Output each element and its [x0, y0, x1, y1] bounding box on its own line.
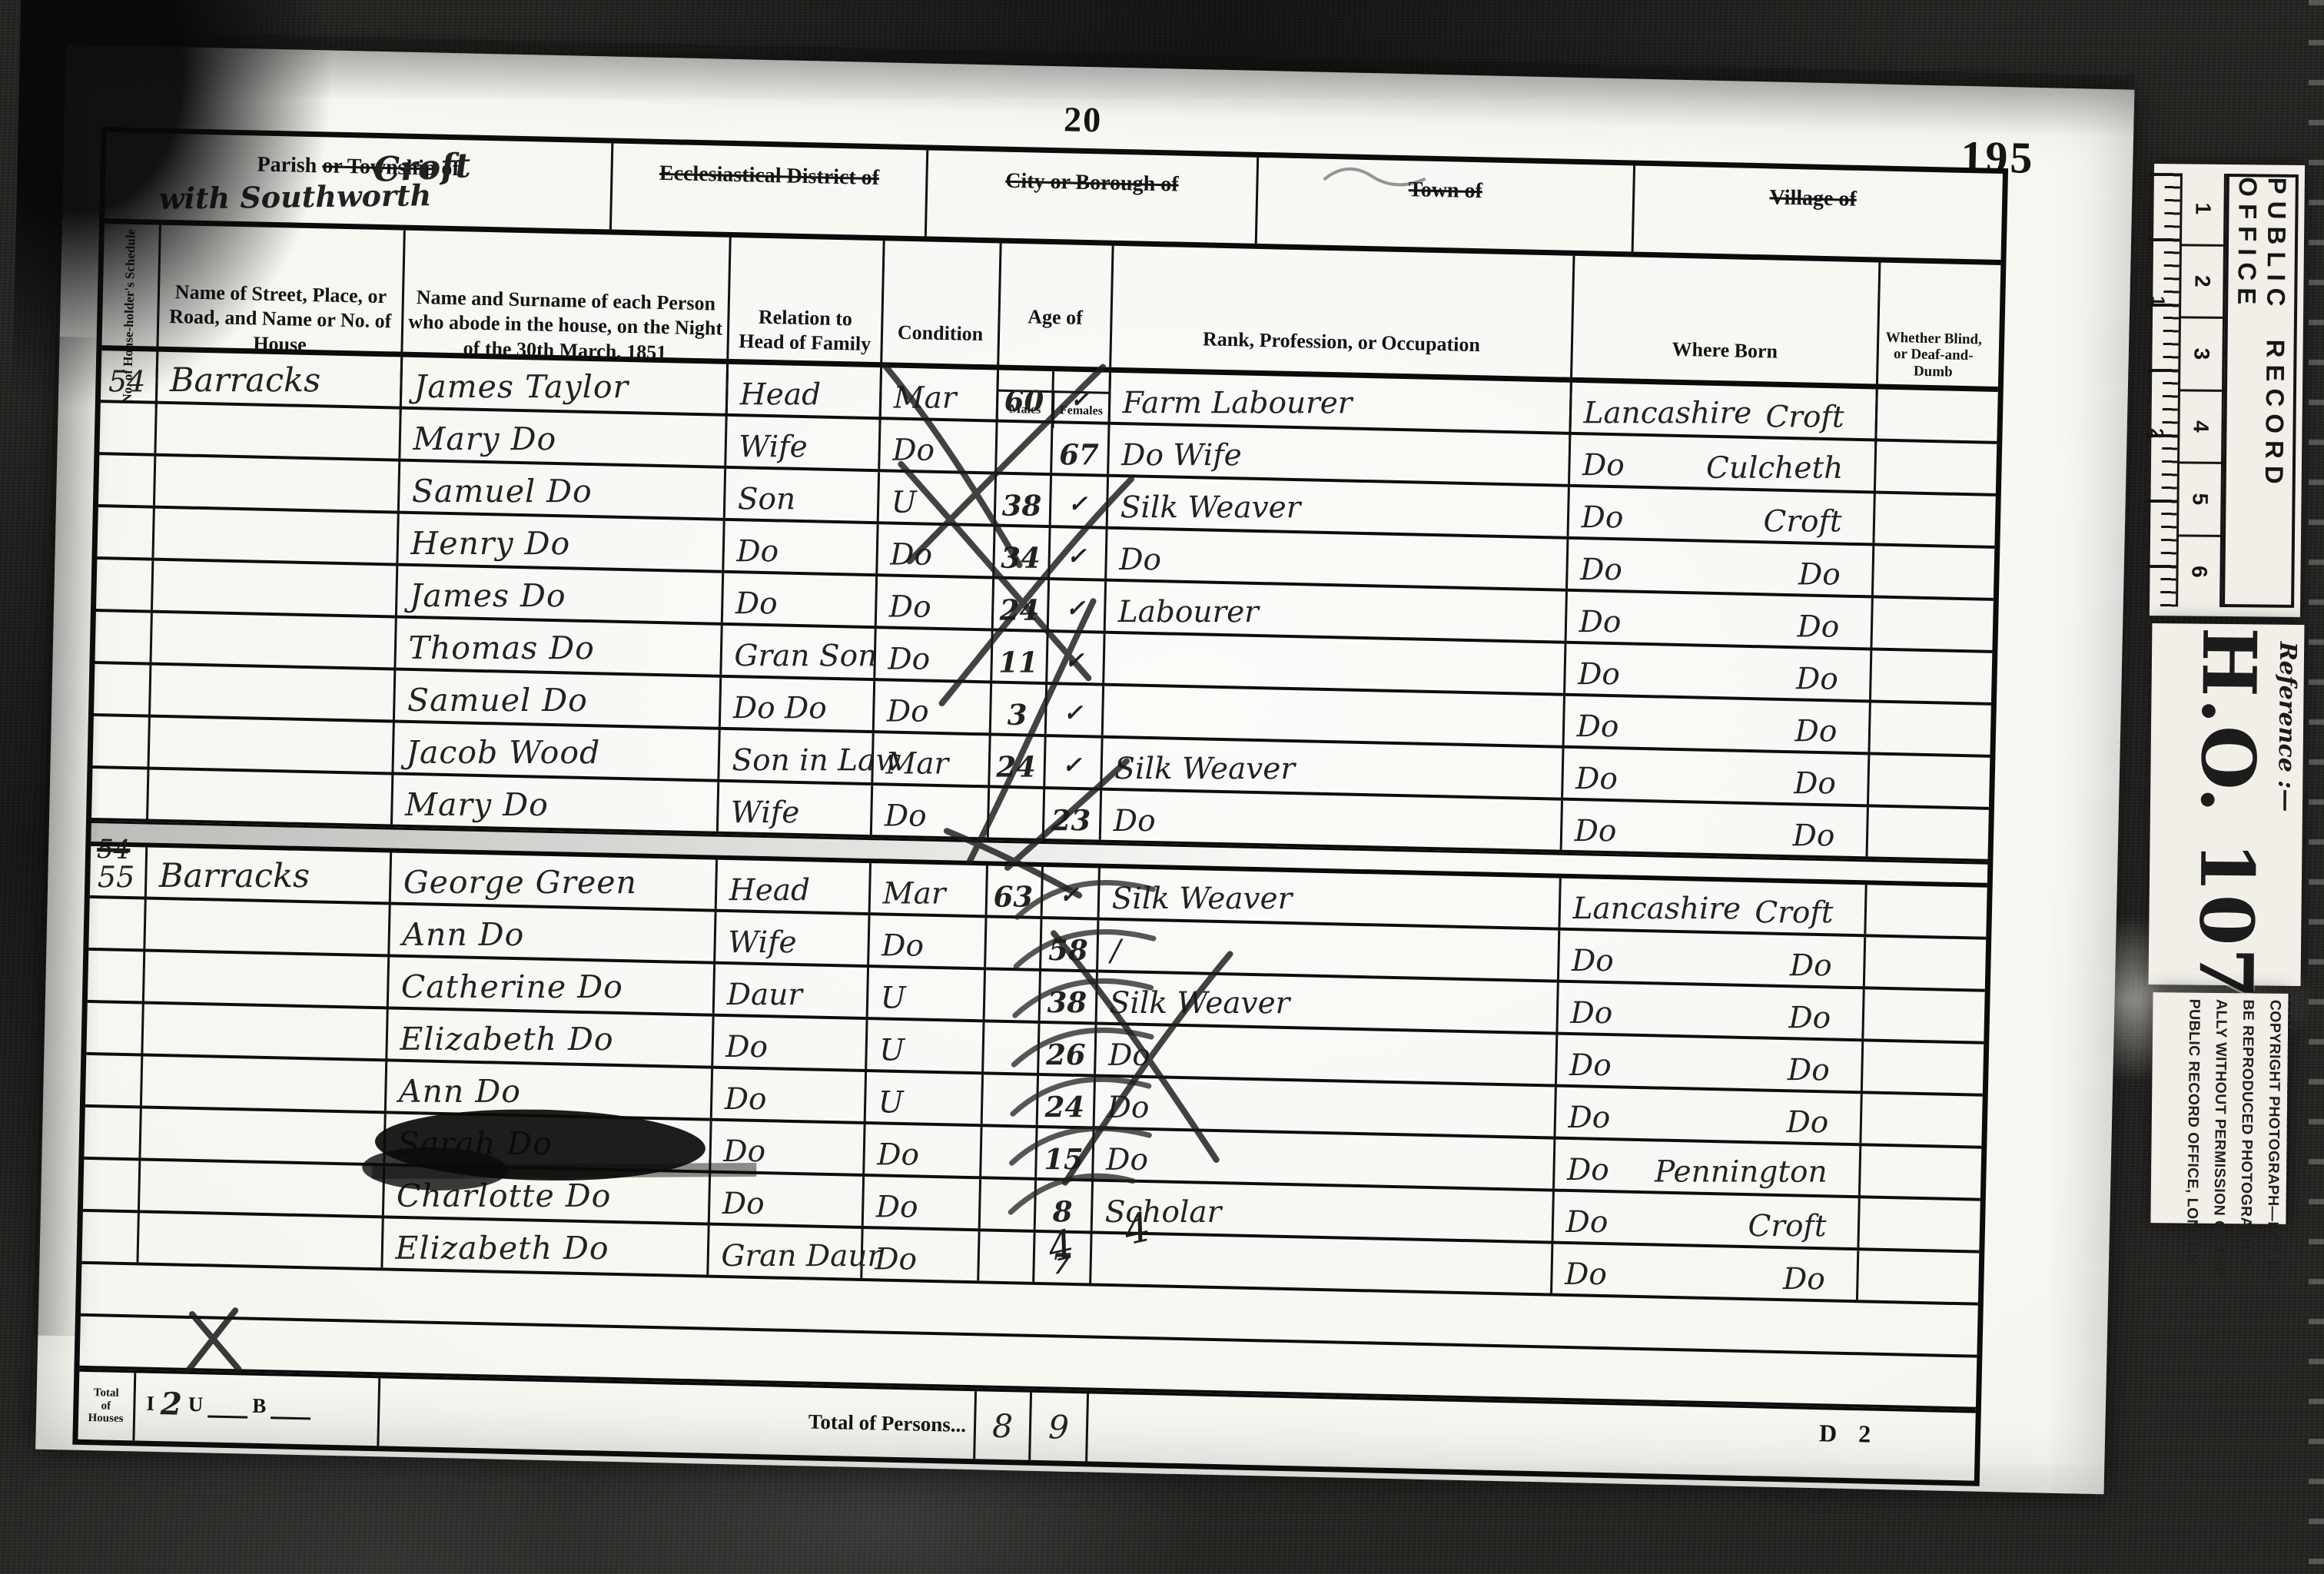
condition-cell: Mar	[873, 733, 991, 785]
total-females-cell: 9	[1031, 1393, 1089, 1462]
name-cell: Sarah Do	[385, 1114, 712, 1170]
condition-value: Mar	[883, 876, 946, 911]
street-cell	[156, 404, 401, 459]
age-females-cell: 38	[1041, 971, 1098, 1022]
relation-value: Do	[736, 534, 779, 569]
condition-cell: Do	[862, 1229, 980, 1280]
condition-cell: U	[879, 472, 997, 523]
parish-cell: Parish or Township of Croft with Southwo…	[105, 132, 613, 229]
parish-label-pre: Parish	[257, 152, 317, 178]
ruler-cm-number: 4	[2188, 420, 2213, 433]
name-cell: Mary Do	[400, 410, 727, 466]
condition-cell: Do	[864, 1177, 981, 1228]
age-males-value: 63	[993, 880, 1033, 914]
person-name: Mary Do	[413, 420, 556, 457]
relation-cell: Gran Daur	[709, 1226, 863, 1278]
schedule-cell	[93, 716, 151, 767]
age-females-cell: ✓	[1047, 633, 1105, 683]
name-cell: James Do	[397, 566, 724, 623]
relation-cell: Do	[712, 1069, 867, 1121]
condition-value: U	[891, 486, 917, 520]
pro-scale-card: PUBLIC RECORD OFFICE 123456 1 2	[2150, 164, 2305, 617]
born-cell: Do Croft	[1554, 1192, 1861, 1248]
condition-value: Do	[875, 1242, 917, 1277]
occupation-cell: Labourer	[1106, 582, 1568, 641]
born-county: Do	[1575, 814, 1617, 848]
born-place: Pennington	[1655, 1154, 1828, 1189]
person-name: Ann Do	[399, 1073, 521, 1110]
relation-cell: Head	[728, 364, 882, 417]
condition-cell: U	[867, 1020, 984, 1071]
age-males-cell	[981, 1127, 1037, 1177]
total-houses-label-1: Total	[94, 1386, 119, 1400]
city-borough-label: City or Borough of	[1005, 169, 1179, 197]
blind-cell	[1868, 807, 1978, 858]
blind-cell	[1865, 937, 1975, 988]
born-county: Do	[1578, 657, 1620, 692]
parish-value-line2: with Southworth	[158, 178, 431, 216]
person-name: Sarah Do	[397, 1125, 553, 1162]
condition-value: U	[879, 1033, 905, 1068]
age-females-cell: ✓	[1054, 371, 1111, 422]
born-county: Lancashire	[1584, 396, 1752, 430]
copyright-line: ALLY WITHOUT PERMISSION OF THE	[2205, 999, 2234, 1224]
condition-value: Do	[876, 1190, 918, 1224]
occupation-cell: Do	[1107, 530, 1569, 589]
born-county: Do	[1570, 996, 1612, 1031]
schedule-cell	[96, 560, 154, 610]
born-county: Do	[1567, 1153, 1609, 1187]
schedule-cell	[88, 898, 146, 949]
name-cell: Samuel Do	[395, 671, 722, 727]
name-cell: Thomas Do	[396, 619, 722, 675]
born-county: Do	[1566, 1205, 1609, 1240]
blind-cell	[1876, 442, 1986, 493]
occupation-value: Silk Weaver	[1120, 490, 1301, 525]
copyright-line: PUBLIC RECORD OFFICE, LONDON	[2178, 998, 2207, 1223]
street-cell	[143, 1005, 388, 1059]
occupation-cell: Farm Labourer	[1111, 373, 1572, 432]
condition-value: U	[878, 1085, 904, 1120]
pro-reference-card: Reference :— H.O. 107 2202	[2149, 623, 2305, 986]
age-females-cell: 15	[1037, 1128, 1094, 1179]
born-cell: Do Do	[1568, 540, 1874, 596]
occupation-cell: Do	[1096, 1025, 1558, 1084]
age-males-cell: 34	[994, 527, 1051, 578]
copyright-line: COPYRIGHT PHOTOGRAPH—NOT TO	[2259, 1000, 2288, 1224]
age-males-value: 24	[996, 750, 1036, 784]
age-females-value: ✓	[1064, 648, 1084, 681]
copyright-line: BE REPRODUCED PHOTOGRAPHIC-	[2232, 999, 2261, 1224]
blind-cell	[1877, 390, 1987, 441]
condition-value: Do	[889, 590, 931, 625]
town-cell: Town of	[1257, 158, 1635, 252]
ruler-ticks: 1 2	[2142, 173, 2183, 606]
occupation-value: Do	[1107, 1091, 1150, 1125]
name-cell: Samuel Do	[400, 462, 726, 518]
age-females-cell: ✓	[1047, 685, 1104, 736]
person-name: Henry Do	[410, 525, 570, 562]
copyright-text-block: COPYRIGHT PHOTOGRAPH—NOT TOBE REPRODUCED…	[2150, 992, 2290, 1224]
total-houses-label: Total of Houses	[78, 1372, 136, 1441]
condition-cell: Mar	[871, 863, 988, 915]
ruler-cm-number: 3	[2189, 347, 2213, 360]
relation-value: Gran Daur	[721, 1239, 881, 1273]
ruler-cm-number: 2	[2190, 275, 2214, 287]
born-place: Do	[1788, 1053, 1830, 1088]
age-females-value: ✓	[1067, 543, 1086, 576]
person-name: Mary Do	[405, 786, 549, 823]
blind-cell	[1866, 885, 1976, 936]
age-females-cell: 58	[1041, 919, 1099, 970]
born-place: Croft	[1755, 895, 1833, 930]
blind-cell	[1861, 1094, 1971, 1145]
street-value: Barracks	[170, 361, 320, 400]
born-place: Culcheth	[1706, 451, 1843, 486]
born-cell: Lancashire Croft	[1560, 878, 1867, 935]
age-females-value: 58	[1048, 933, 1088, 967]
age-males-cell: 38	[996, 475, 1052, 526]
person-name: Samuel Do	[407, 682, 588, 719]
born-place: Croft	[1765, 400, 1844, 434]
relation-cell: Do	[723, 573, 878, 626]
ecclesiastical-cell: Ecclesiastical District of	[612, 144, 928, 237]
relation-value: Wife	[728, 925, 796, 960]
occupation-cell: Do	[1101, 791, 1563, 850]
street-cell	[138, 1213, 383, 1267]
age-females-cell: ✓	[1045, 737, 1103, 788]
relation-cell: Wife	[726, 417, 881, 469]
age-males-value: 38	[1001, 489, 1041, 523]
born-place: Do	[1796, 662, 1838, 696]
census-sheet: 20 195 Parish or Township of Croft with …	[35, 45, 2134, 1494]
relation-cell: Do	[711, 1121, 865, 1174]
age-males-cell	[983, 1074, 1039, 1125]
schedule-cell	[83, 1160, 141, 1210]
age-females-value: ✓	[1068, 491, 1087, 524]
born-cell: Do Do	[1557, 1035, 1864, 1091]
age-males-cell	[981, 1179, 1037, 1230]
born-county: Do	[1577, 709, 1619, 744]
condition-cell: Do	[877, 576, 994, 628]
age-header-text: Age of	[1028, 304, 1083, 330]
person-name: James Taylor	[414, 368, 629, 405]
occupation-value: Do	[1119, 543, 1161, 577]
ruler-cm-number: 6	[2186, 566, 2211, 578]
occupation-value: Do Wife	[1121, 438, 1242, 473]
occupation-value: Silk Weaver	[1110, 986, 1290, 1021]
born-place: Do	[1795, 714, 1838, 749]
born-place: Do	[1783, 1262, 1825, 1297]
ruler-cm-number: 1	[2190, 202, 2215, 214]
schedule-cell	[98, 455, 156, 506]
relation-value: Head	[729, 873, 810, 908]
age-females-value: ✓	[1071, 387, 1090, 420]
age-males-value: 24	[1000, 593, 1040, 627]
relation-value: Wife	[739, 430, 807, 464]
relation-cell: Wife	[715, 912, 870, 965]
condition-value: Do	[881, 928, 924, 963]
blind-cell	[1859, 1198, 1969, 1250]
condition-cell: Do	[880, 420, 998, 471]
blind-cell	[1864, 989, 1974, 1041]
blind-cell	[1869, 755, 1979, 806]
relation-value: Gran Son	[734, 639, 877, 673]
occupation-cell: Silk Weaver	[1097, 973, 1559, 1032]
condition-value: Do	[877, 1137, 919, 1172]
schedule-value: 55	[98, 860, 134, 894]
born-place: Do	[1793, 819, 1835, 853]
ecclesiastical-label: Ecclesiastical District of	[659, 161, 880, 190]
name-cell: Charlotte Do	[384, 1166, 711, 1222]
street-cell	[153, 561, 398, 616]
occupation-value: Farm Labourer	[1123, 386, 1353, 420]
schedule-cell	[84, 1107, 141, 1158]
age-males-cell: 63	[988, 865, 1044, 916]
relation-cell: Head	[717, 860, 871, 912]
born-county: Do	[1575, 762, 1618, 796]
occupation-value: Do	[1106, 1143, 1148, 1177]
street-cell	[140, 1161, 385, 1215]
age-females-value: ✓	[1064, 700, 1083, 733]
condition-value: U	[881, 981, 906, 1015]
born-place: Do	[1787, 1105, 1829, 1140]
person-name: James Do	[410, 577, 566, 614]
relation-cell: Do	[724, 521, 878, 573]
born-cell: Do Culcheth	[1570, 435, 1877, 491]
person-name: Thomas Do	[408, 629, 594, 666]
schedule-cell	[91, 769, 149, 819]
age-males-cell	[979, 1231, 1035, 1282]
schedule-cell	[88, 951, 145, 1001]
relation-value: Do	[725, 1030, 768, 1064]
condition-value: Do	[892, 433, 935, 468]
age-females-value: 23	[1051, 803, 1091, 837]
age-females-cell: 26	[1039, 1024, 1097, 1074]
condition-cell: Mar	[881, 367, 999, 419]
occupation-cell: Do Wife	[1109, 425, 1571, 484]
street-cell	[151, 666, 396, 720]
street-cell	[148, 770, 393, 825]
public-record-office-label: PUBLIC RECORD OFFICE	[2229, 177, 2292, 605]
relation-value: Do	[723, 1134, 765, 1169]
total-males-cell: 8	[975, 1391, 1032, 1460]
schedule-value: 54	[108, 364, 145, 398]
person-name: Catherine Do	[401, 968, 623, 1005]
total-houses-label-3: Houses	[88, 1412, 123, 1425]
uninhabited-letter: U	[188, 1392, 203, 1416]
age-males-cell: 3	[991, 683, 1047, 734]
blind-cell	[1874, 546, 1984, 597]
age-males-cell: 11	[992, 632, 1048, 682]
film-edge-marks	[2309, 0, 2324, 1574]
condition-value: Do	[888, 643, 930, 677]
village-cell: Village of	[1634, 166, 1992, 260]
condition-value: Mar	[894, 381, 957, 416]
total-houses-values: I 2 U B	[134, 1373, 380, 1446]
name-cell: Mary Do	[393, 775, 719, 832]
condition-value: Do	[890, 538, 932, 573]
relation-cell: Wife	[719, 782, 873, 835]
age-females-value: ✓	[1062, 752, 1081, 785]
name-cell: Ann Do	[387, 1061, 713, 1117]
born-place: Croft	[1748, 1209, 1826, 1244]
occupation-cell	[1104, 686, 1565, 745]
relation-value: Do	[725, 1082, 767, 1117]
blind-cell	[1863, 1041, 1973, 1093]
building-letter: B	[252, 1393, 267, 1417]
person-name: Charlotte Do	[397, 1177, 611, 1214]
name-cell: Henry Do	[398, 514, 725, 570]
reference-value: H.O. 107	[2182, 626, 2273, 1001]
age-females-cell: ✓	[1050, 528, 1107, 579]
occupation-cell: Silk Weaver	[1102, 739, 1564, 798]
born-county: Do	[1569, 1048, 1612, 1083]
name-cell: Elizabeth Do	[387, 1009, 714, 1065]
street-cell	[155, 457, 400, 511]
total-persons-label: Total of Persons...	[379, 1378, 977, 1459]
age-males-value: 60	[1004, 384, 1044, 418]
occupation-value: Do	[1114, 804, 1156, 838]
age-males-cell: 60	[998, 370, 1054, 421]
blind-cell	[1872, 598, 1982, 649]
schedule-cell	[85, 1055, 143, 1106]
born-cell: Do Do	[1567, 592, 1874, 648]
person-name: George Green	[403, 864, 637, 901]
age-males-value: 11	[998, 646, 1038, 679]
schedule-cell	[97, 507, 154, 558]
occupation-value: Silk Weaver	[1112, 882, 1293, 916]
age-males-cell	[985, 970, 1041, 1021]
born-cell: Do Do	[1555, 1088, 1862, 1144]
street-cell	[141, 1108, 386, 1163]
street-cell	[151, 613, 397, 668]
born-cell: Lancashire Croft	[1571, 383, 1877, 439]
census-photograph: { "page": { "left_number": "20", "stamp_…	[0, 0, 2324, 1574]
street-value: Barracks	[159, 857, 310, 895]
born-cell: Do Do	[1559, 931, 1866, 987]
total-houses-label-2: of	[101, 1400, 111, 1413]
occupation-value: Labourer	[1118, 595, 1259, 629]
relation-value: Do	[735, 586, 778, 621]
blind-cell	[1871, 650, 1981, 702]
inhabited-letter: I	[146, 1391, 154, 1415]
age-females-cell: ✓	[1051, 476, 1109, 526]
born-place: Do	[1789, 1001, 1831, 1035]
born-cell: Do Do	[1565, 644, 1872, 700]
born-county: Do	[1569, 1101, 1611, 1135]
street-cell	[150, 718, 395, 772]
city-borough-cell: City or Borough of	[927, 151, 1259, 244]
born-county: Do	[1572, 944, 1614, 978]
schedule-cell: 54 55	[90, 846, 148, 897]
age-females-cell: 24	[1038, 1076, 1096, 1127]
schedule-cell: 54	[101, 350, 158, 401]
pro-copyright-card: COPYRIGHT PHOTOGRAPH—NOT TOBE REPRODUCED…	[2150, 992, 2288, 1224]
born-county: Do	[1579, 605, 1622, 639]
reference-label: Reference :—	[2271, 642, 2302, 986]
occupation-cell: Do	[1095, 1078, 1557, 1137]
name-cell: Elizabeth Do	[383, 1218, 709, 1274]
born-cell: Do Do	[1563, 749, 1870, 805]
condition-cell: Do	[875, 629, 993, 680]
building-blank-line	[271, 1393, 311, 1420]
relation-value: Do Do	[733, 691, 827, 726]
name-cell: Catherine Do	[389, 957, 715, 1013]
age-females-cell: ✓	[1043, 867, 1101, 918]
age-females-value: ✓	[1066, 596, 1085, 629]
folio-number: 20	[1064, 98, 1103, 140]
schedule-cell	[81, 1212, 139, 1263]
condition-value: Do	[887, 695, 929, 729]
occupation-cell: Silk Weaver	[1108, 477, 1570, 536]
age-males-cell	[986, 918, 1042, 968]
name-cell: James Taylor	[402, 357, 729, 413]
relation-value: Do	[722, 1187, 765, 1221]
condition-cell: Do	[875, 681, 992, 732]
town-label: Town of	[1408, 178, 1482, 203]
blind-cell	[1858, 1250, 1968, 1302]
person-name: Elizabeth Do	[400, 1021, 613, 1058]
born-place: Do	[1798, 609, 1840, 644]
relation-cell: Do Do	[721, 678, 875, 730]
condition-cell: U	[868, 968, 986, 1019]
total-females-value: 9	[1048, 1408, 1070, 1446]
relation-cell: Gran Son	[722, 626, 876, 678]
inhabited-houses-value: 2	[160, 1386, 182, 1423]
age-females-cell: 23	[1044, 789, 1102, 840]
relation-value: Head	[740, 377, 821, 412]
age-females-value: 67	[1059, 437, 1099, 471]
name-cell: George Green	[391, 853, 718, 909]
schedule-cell	[94, 664, 151, 715]
born-cell: Do Do	[1558, 983, 1864, 1039]
born-place: Do	[1794, 766, 1836, 801]
street-cell	[142, 1057, 387, 1111]
born-county: Do	[1580, 553, 1622, 587]
census-rows: 54 Barracks James Taylor Head Mar 60 ✓ F…	[79, 350, 1997, 1410]
age-females-value: 38	[1047, 985, 1087, 1019]
occupation-cell: /	[1098, 921, 1560, 980]
age-females-cell: ✓	[1049, 580, 1107, 631]
born-cell: Do Do	[1562, 801, 1869, 857]
age-males-cell: 24	[990, 736, 1046, 786]
occupation-value: Do	[1108, 1038, 1150, 1073]
condition-value: Mar	[885, 746, 948, 781]
person-name: Elizabeth Do	[395, 1230, 609, 1267]
born-county: Do	[1582, 448, 1625, 483]
condition-cell: Do	[869, 915, 987, 967]
relation-cell: Son in Law	[719, 730, 874, 782]
person-name: Samuel Do	[412, 473, 593, 510]
age-females-value: 26	[1046, 1038, 1086, 1071]
public-record-office-box: PUBLIC RECORD OFFICE	[2222, 174, 2299, 608]
relation-cell: Son	[725, 469, 880, 521]
street-cell	[145, 900, 390, 955]
street-cell	[154, 509, 399, 563]
occupation-cell: Silk Weaver	[1100, 868, 1562, 928]
condition-cell: Do	[878, 524, 995, 576]
occupation-value: /	[1111, 934, 1120, 968]
person-name: Ann Do	[402, 916, 524, 953]
blind-cell	[1874, 494, 1984, 546]
age-males-value: 34	[1001, 541, 1041, 575]
age-females-cell: 67	[1052, 423, 1110, 474]
condition-cell: Do	[872, 785, 990, 837]
person-name: Jacob Wood	[406, 734, 600, 771]
born-county: Do	[1582, 500, 1624, 535]
ruler-inch-number-1: 1	[2146, 296, 2168, 307]
